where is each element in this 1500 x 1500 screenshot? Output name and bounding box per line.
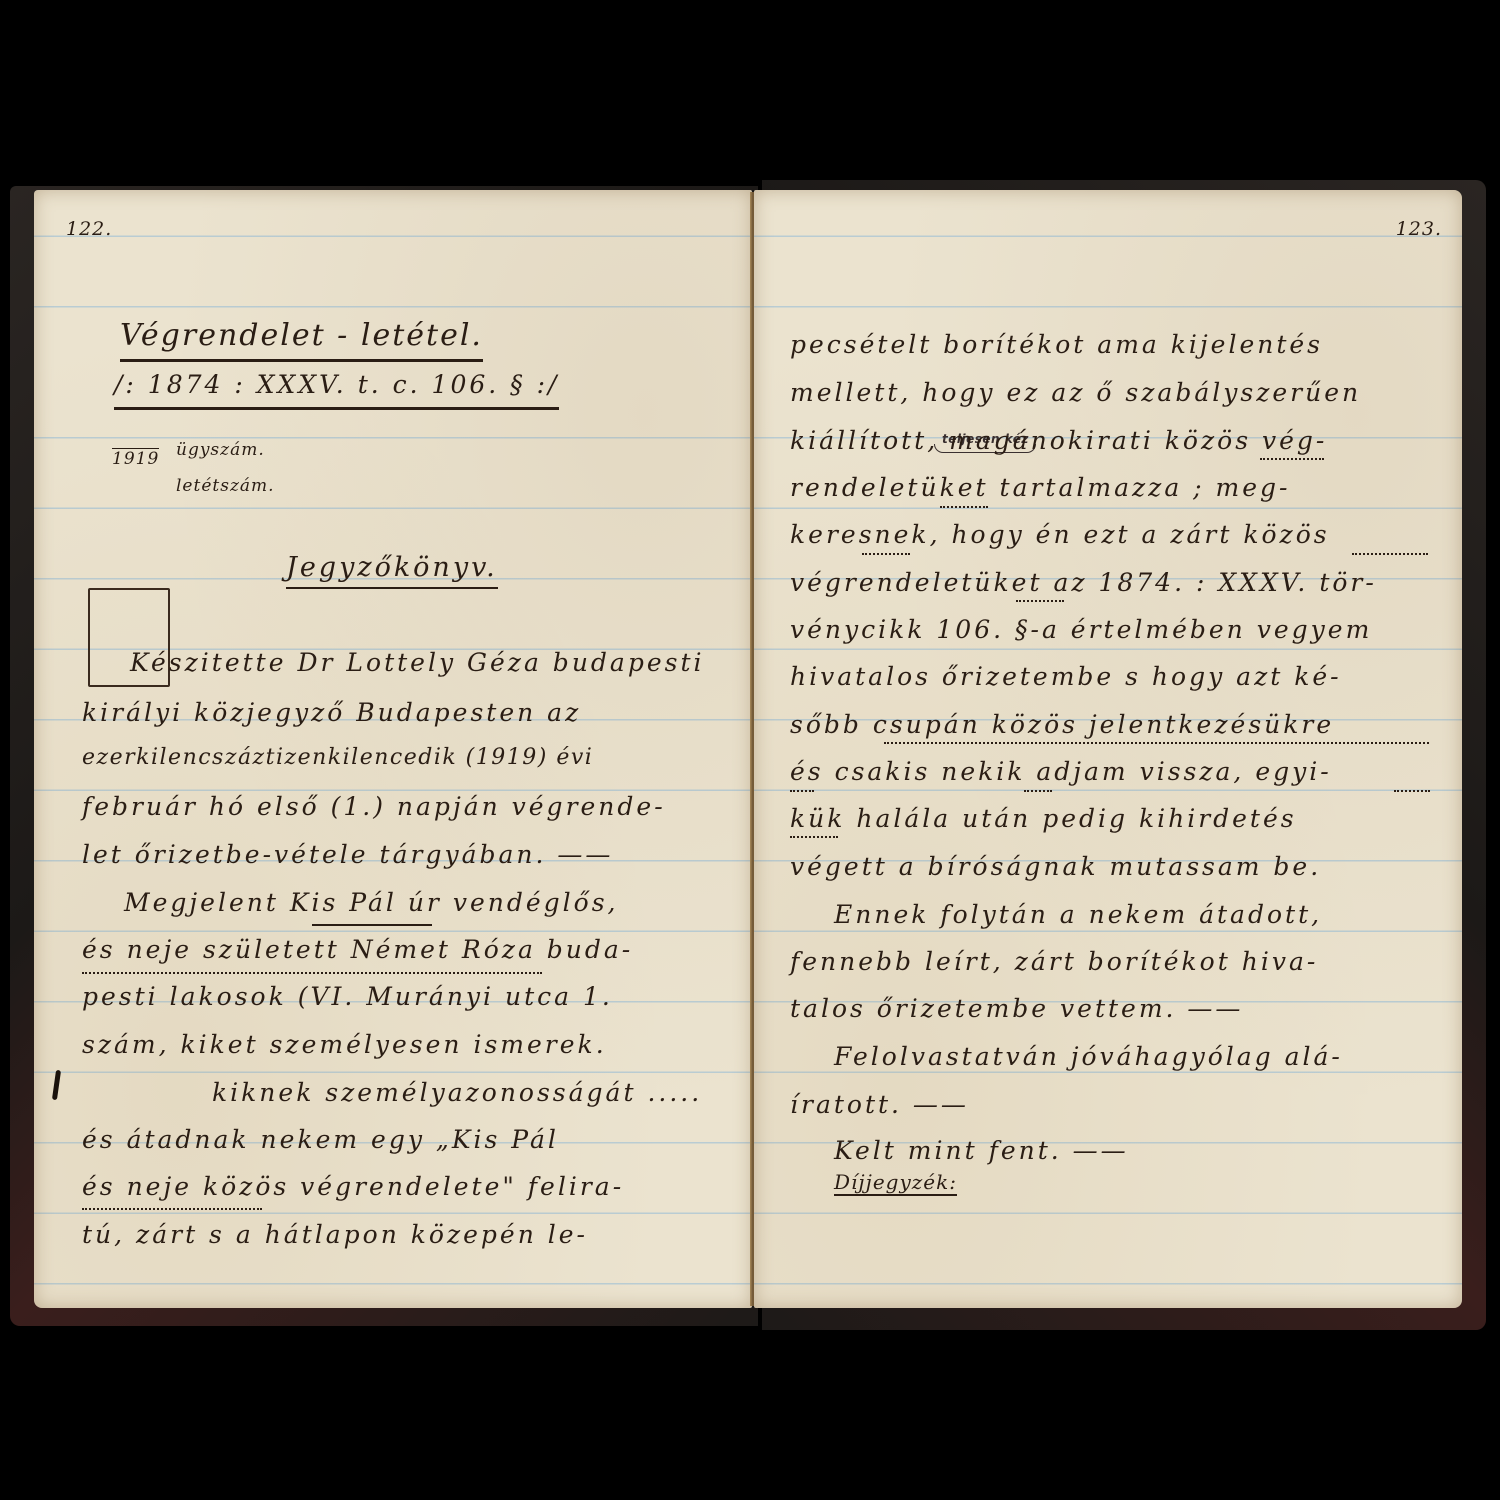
text-line: íratott. ——: [790, 1090, 969, 1119]
text-line: sőbb csupán közös jelentkezésükre: [790, 710, 1334, 739]
page-number-left: 122.: [66, 218, 112, 240]
text-line: február hó első (1.) napján végrende-: [82, 792, 666, 821]
dotted-underline: [82, 972, 542, 974]
text-line: vénycikk 106. §-a értelmében vegyem: [790, 615, 1372, 644]
text-line: kük halála után pedig kihirdetés: [790, 804, 1297, 833]
fee-label: Díjjegyzék:: [834, 1170, 957, 1196]
text-line: Kelt mint fent. ——: [834, 1136, 1129, 1165]
dotted-underline: [1024, 790, 1052, 792]
text-line: let őrizetbe-vétele tárgyában. ——: [82, 840, 613, 869]
text-line: kiállított, magánokirati közös vég-: [790, 426, 1327, 455]
text-line: királyi közjegyző Budapesten az: [82, 698, 581, 727]
heading-legal-reference: /: 1874 : XXXV. t. c. 106. § :/: [114, 370, 559, 410]
text-line: végrendeletüket az 1874. : XXXV. tör-: [790, 568, 1377, 597]
deposit-number-label: letétszám.: [176, 476, 275, 496]
dotted-underline: [1352, 553, 1428, 555]
text-line: szám, kiket személyesen ismerek.: [82, 1030, 607, 1059]
text-line: és neje született Német Róza buda-: [82, 935, 633, 964]
dotted-underline: [1016, 600, 1064, 602]
text-line: hivatalos őrizetembe s hogy azt ké-: [790, 662, 1342, 691]
text-line: Felolvastatván jóváhagyólag alá-: [834, 1042, 1343, 1071]
heading-title: Végrendelet - letétel.: [120, 318, 483, 362]
text-line: pesti lakosok (VI. Murányi utca 1.: [82, 982, 613, 1011]
dotted-underline: [884, 742, 1429, 744]
text-line: mellett, hogy ez az ő szabályszerűen: [790, 378, 1361, 407]
case-number-label: ügyszám.: [176, 440, 265, 460]
page-number-right: 123.: [1396, 218, 1442, 240]
text-line: kiknek személyazonosságát .....: [212, 1078, 702, 1107]
underline-kis-pal: [312, 924, 432, 926]
text-line: végett a bíróságnak mutassam be.: [790, 852, 1321, 881]
case-year: 1919: [112, 448, 159, 469]
text-line: tú, zárt s a hátlapon közepén le-: [82, 1220, 588, 1249]
text-line: és átadnak nekem egy „Kis Pál: [82, 1125, 559, 1154]
open-notebook: 122. Végrendelet - letétel. /: 1874 : XX…: [10, 178, 1488, 1350]
text-line: Készitette Dr Lottely Géza budapesti: [130, 648, 705, 677]
margin-mark: [52, 1070, 61, 1100]
dotted-underline: [790, 836, 838, 838]
dotted-underline: [940, 506, 988, 508]
text-line: ezerkilencszáztizenkilencedik (1919) évi: [82, 745, 593, 770]
text-line: pecsételt borítékot ama kijelentés: [790, 330, 1323, 359]
text-line: Ennek folytán a nekem átadott,: [834, 900, 1322, 929]
dotted-underline: [1394, 790, 1430, 792]
dotted-underline: [790, 790, 814, 792]
document-type-heading: Jegyzőkönyv.: [286, 552, 498, 589]
dotted-underline: [862, 553, 910, 555]
text-line: Megjelent Kis Pál úr vendéglős,: [124, 888, 618, 917]
text-line: és neje közös végrendelete" felira-: [82, 1172, 624, 1201]
text-line: talos őrizetembe vettem. ——: [790, 994, 1243, 1023]
dotted-underline: [1260, 458, 1324, 460]
text-line: rendeletüket tartalmazza ; meg-: [790, 473, 1291, 502]
text-line: keresnek, hogy én ezt a zárt közös: [790, 520, 1330, 549]
left-page: 122. Végrendelet - letétel. /: 1874 : XX…: [34, 190, 752, 1308]
right-page: 123. teljesen kéz pecsételt borítékot am…: [754, 190, 1462, 1308]
dotted-underline: [82, 1208, 262, 1210]
text-line: fennebb leírt, zárt borítékot hiva-: [790, 947, 1318, 976]
text-line: és csakis nekik adjam vissza, egyi-: [790, 757, 1332, 786]
